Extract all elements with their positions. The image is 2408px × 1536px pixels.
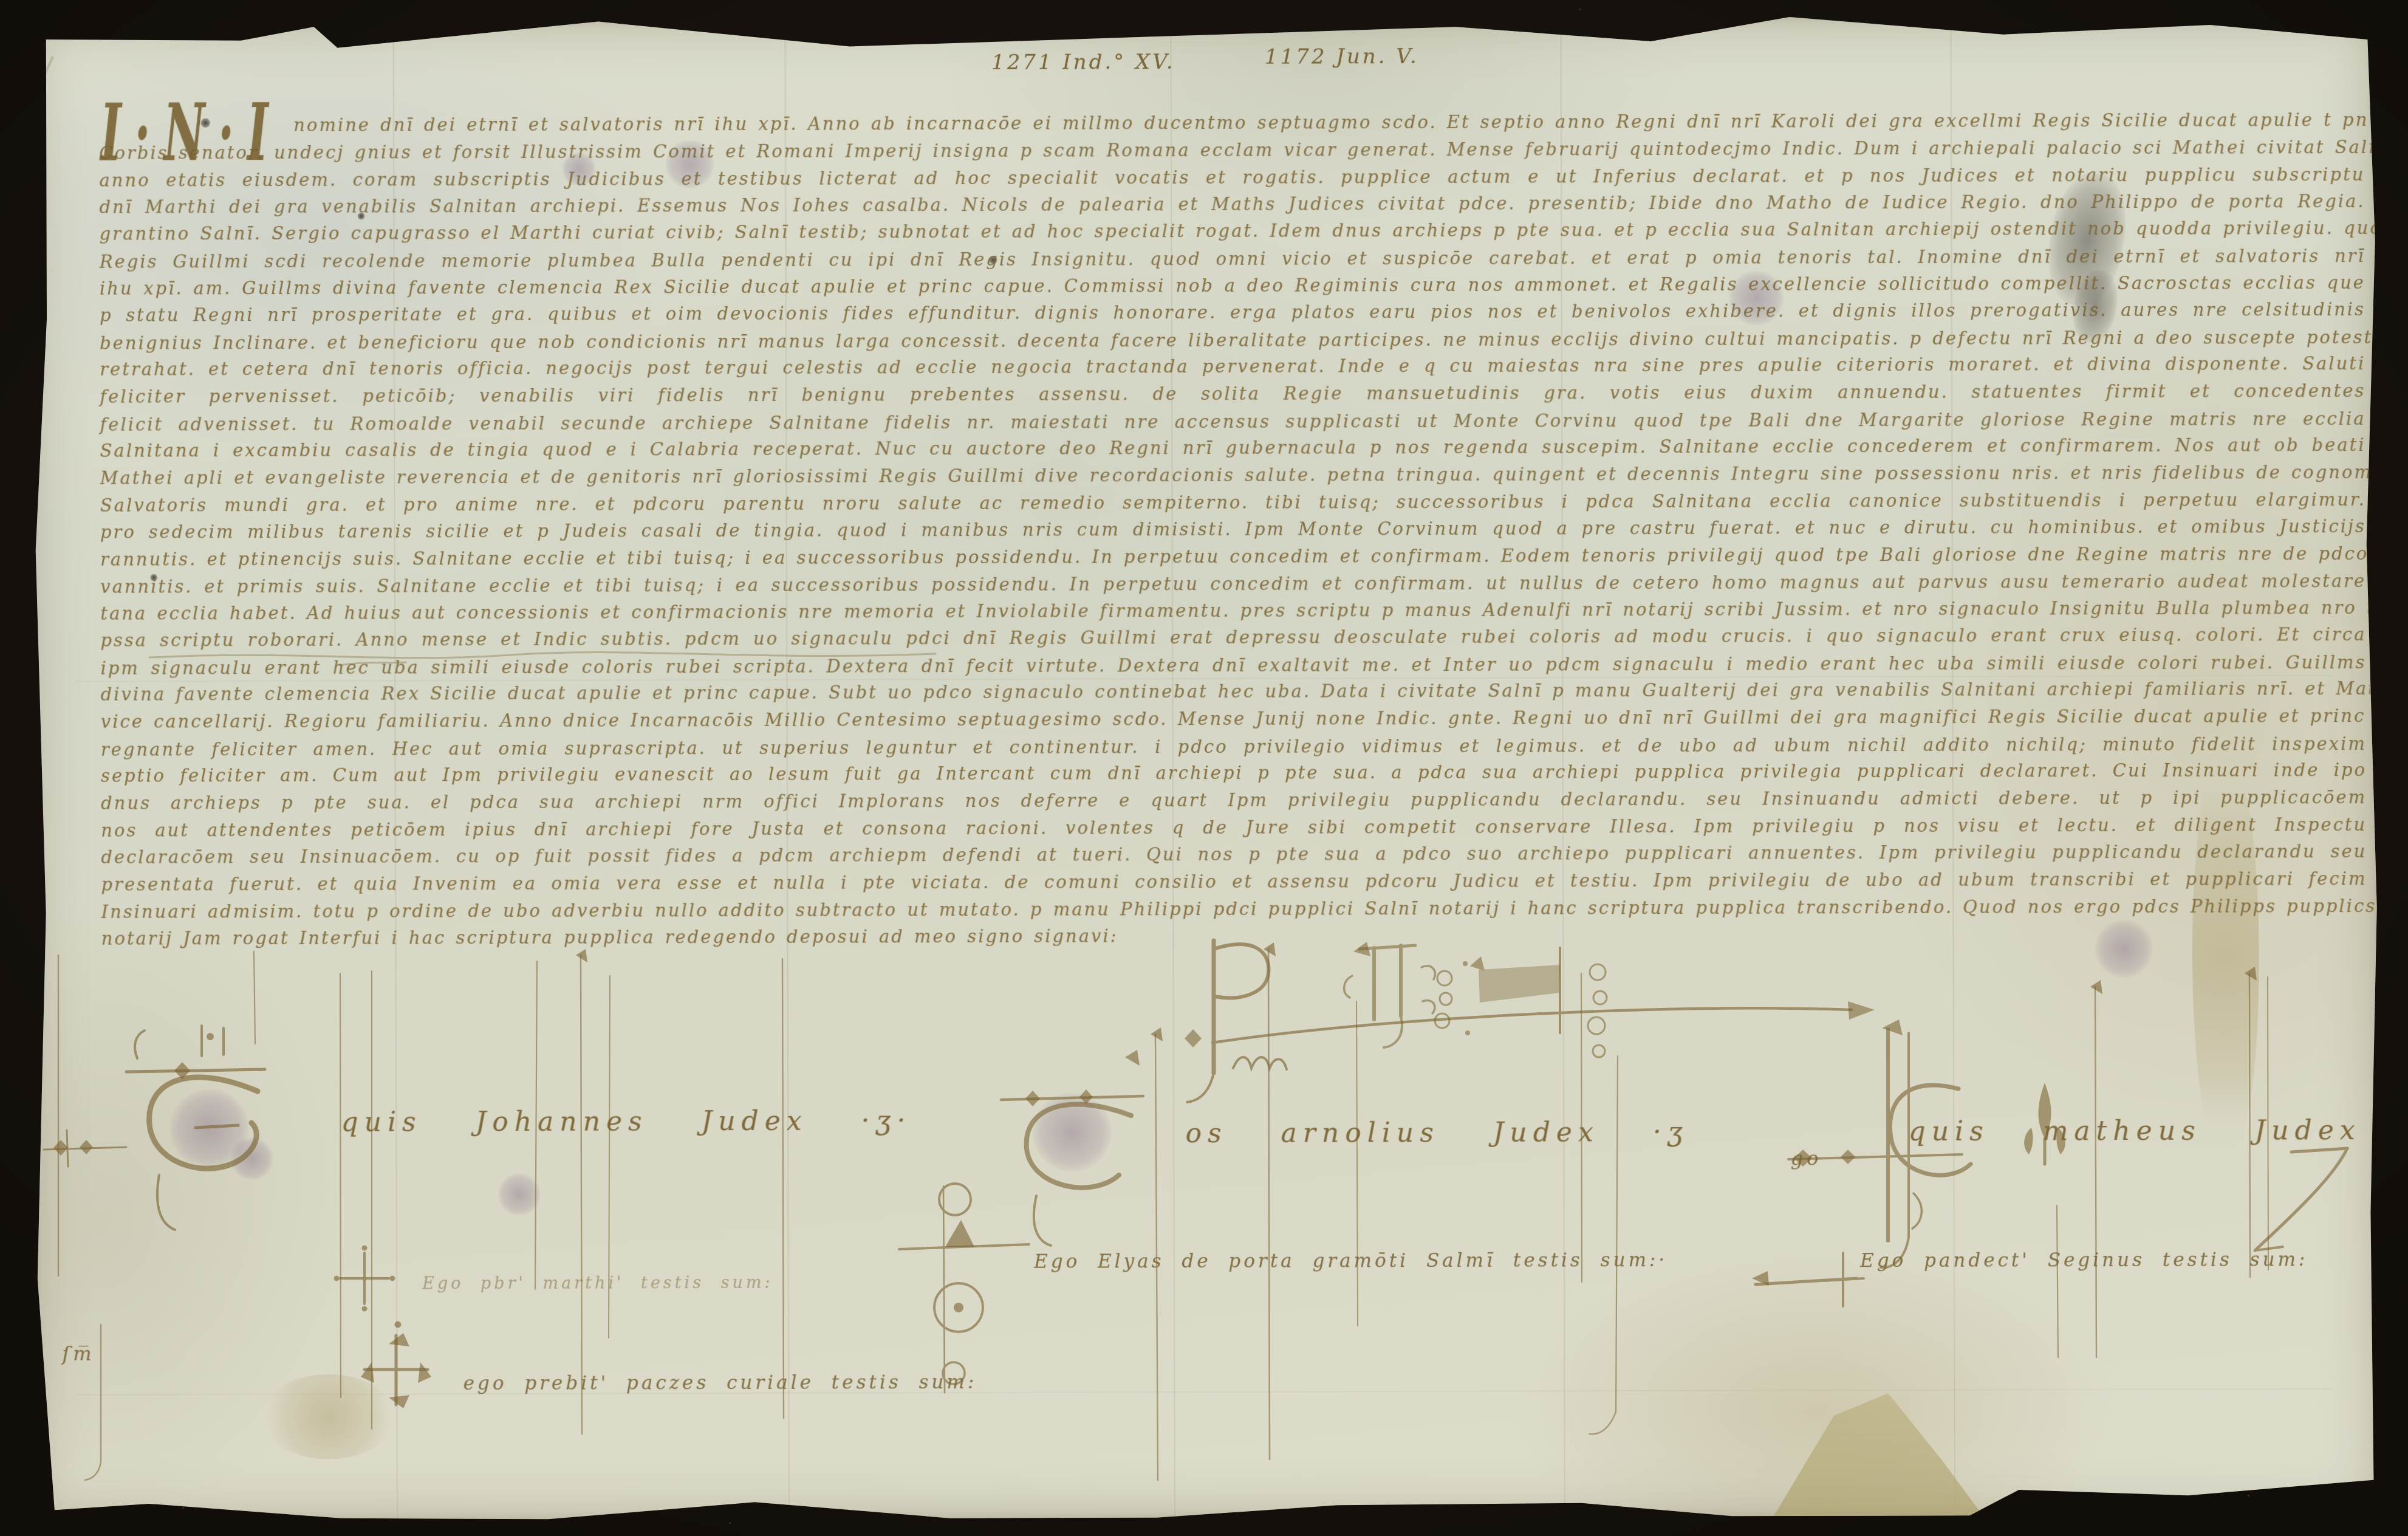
- corner-fold-line: [0, 56, 54, 290]
- dust-speck: [2248, 1495, 2249, 1497]
- mold-stain: [1032, 1092, 1111, 1171]
- manuscript-line: notarij Jam rogat Interfui i hac scriptu…: [101, 922, 1144, 952]
- notary-mark-label: ſm̅: [62, 1342, 95, 1365]
- parchment-charter: 1271 Ind.° XV. 1172 Jun. V. I·N·I nomine…: [27, 14, 2381, 1522]
- dust-speck: [729, 1522, 731, 1524]
- subscription-witness-4: Ego pandect' Seginus testis sum:: [1860, 1249, 2308, 1272]
- charter-text-block: nomine dnī dei etrnī et salvatoris nrī i…: [99, 106, 2367, 952]
- subscription-witness-2: ego prebit' paczes curiale testis sum:: [463, 1371, 977, 1394]
- subscription-witness-1: Ego pbr' marthi' testis sum:: [422, 1274, 773, 1294]
- subscription-judge-middle: os arnolius Judex ·ʒ: [1186, 1117, 1689, 1149]
- archival-date-note-left: 1271 Ind.° XV.: [991, 50, 1175, 75]
- archival-date-note-right: 1172 Jun. V.: [1265, 44, 1419, 69]
- manuscript-line: Insinuari admisim. totu p ordine de ubo …: [101, 893, 2367, 925]
- mold-stain: [231, 1137, 273, 1180]
- tide-stain: [262, 1374, 395, 1459]
- subscription-judge-right-ego: go: [1791, 1147, 1822, 1170]
- repair-patch-stain: [1732, 1393, 2073, 1517]
- subscription-witness-3: Ego Elyas de porta gramōti Salmī testis …: [1034, 1249, 1667, 1273]
- dust-speck: [182, 1507, 184, 1509]
- subscription-judge-right: quis matheus Judex ·:: [1909, 1115, 2408, 1147]
- mold-stain: [169, 1089, 248, 1168]
- fold-crease: [78, 1388, 2333, 1397]
- dust-speck: [1579, 9, 1581, 10]
- mold-stain: [498, 1173, 541, 1216]
- subscription-judge-left: quis Johannes Judex ·ʒ·: [341, 1105, 911, 1137]
- photo-background: 1271 Ind.° XV. 1172 Jun. V. I·N·I nomine…: [0, 0, 2408, 1536]
